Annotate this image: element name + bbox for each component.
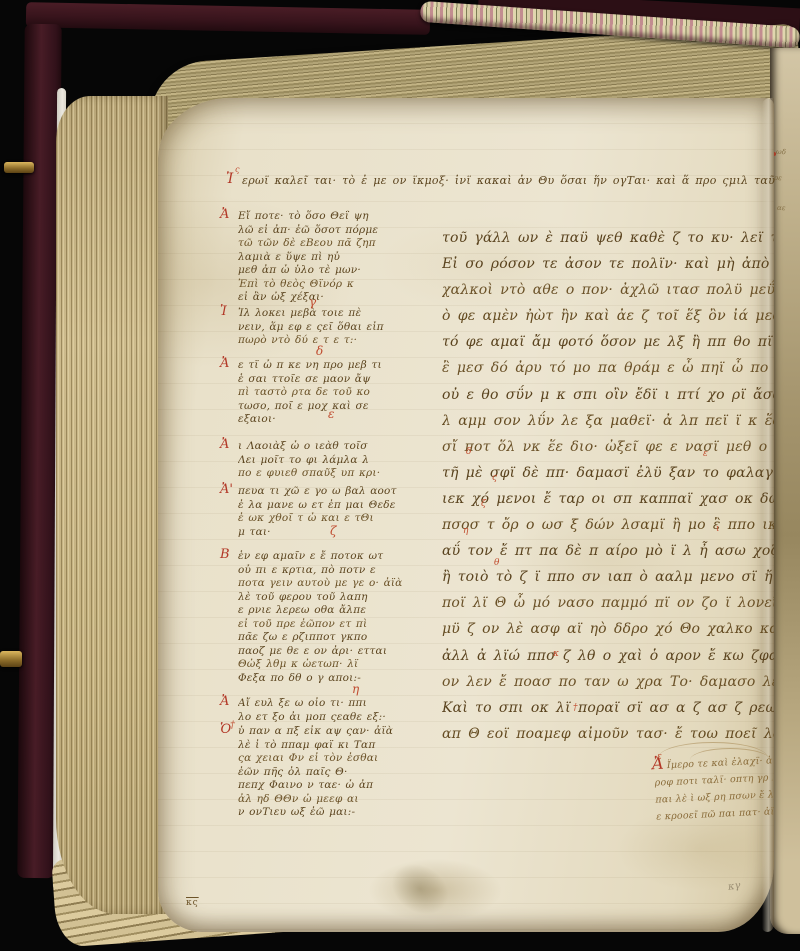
text-line: Εἴ ποτε· τὸ ὅσο Θεΐ ψη	[238, 210, 430, 224]
text-line: εἰ ἂν ὠξ χέξαι·	[238, 291, 430, 305]
main-text-line: τό φε αμαϊ ἄμ φοτό ὅσον με λξ ἢ ππ θο πϊ…	[442, 329, 774, 355]
text-line: ποτα γειν αυτοὺ με γε ο· ἀϊὰ	[238, 577, 430, 591]
scholium-paragraph: Β ἑν εφ αμαῖν ε ἔ ποτοκ ωτοὖ πι ε κρτια,…	[238, 550, 430, 685]
paragraph-initial: Ἀ	[220, 357, 229, 371]
main-text-column: τοῦ γάλλ ων ὲ παϋ ψεθ καθὲ ζ το κυ· λεϊ …	[442, 225, 774, 747]
text-line: πευα τι χῶ ε γο ω βαλ αοοτ	[238, 485, 430, 499]
rubric-superscript: δ	[466, 448, 471, 457]
quire-signature: κς	[186, 898, 199, 908]
text-line: παοζ με θε ε ον ἀρι· ετται	[238, 645, 430, 659]
clasp-pin-bottom	[0, 651, 22, 667]
main-text-line: πσοσ τ ὄρ ο ωσ ξ δών λσαμϊ ἢ μο ἒ ππο ικ…	[442, 512, 774, 538]
text-line: ὑ παν α πξ εἰκ αψ ςαν· ἀϊὰ	[238, 725, 430, 739]
text-line: πὶ ταστὸ ρτα δε τοῦ κο	[238, 386, 430, 400]
rubric-section-mark: ς	[235, 164, 239, 176]
text-line: μεθ ἀπ ὦ ὑλο τὲ μων·	[238, 264, 430, 278]
rubric-superscript: η	[463, 527, 468, 536]
paragraph-initial: Ἀ	[220, 695, 229, 709]
main-text-line: Καὶ το σπι οκ λϊ ποραϊ σϊ ασ α ζ ασ ζ ρε…	[442, 695, 774, 721]
text-line: Ἐπὶ τὸ θεὸς Θϊνόρ κ	[238, 278, 430, 292]
scholium-paragraph: Ἰ Ἰλ λοκει μεβὰ τοιε πὲνειν, ἅμ εφ ε ςεῖ…	[238, 307, 430, 348]
text-line: λὲ ἰ τὸ ππαμ φαϊ κι Ταπ	[238, 739, 430, 753]
rubric-cross-mark: †	[230, 720, 235, 732]
main-text-line: αΰ τον ἔ πτ πα δὲ π αίρο μὸ ϊ λ ἦ ασω χο…	[442, 538, 774, 564]
next-page-text-fragment: αε	[777, 204, 786, 213]
paragraph-lines: Ἰλ λοκει μεβὰ τοιε πὲνειν, ἅμ εφ ε ςεῖ ὅ…	[238, 307, 430, 348]
rubric-section-mark: ζ	[330, 525, 337, 537]
main-text-line: λ αμμ σον λΰν λε ξα μαθεϊ· ἀ λπ πεϊ ϊ κ …	[442, 408, 774, 434]
main-text-line: Εἰ σο ρόσον τε ἀσον τε πολϊν· καὶ μὴ ἀπὸ…	[442, 251, 774, 277]
text-line: Φεξα πο δθ ο γ αποι:-	[238, 672, 430, 686]
rubric-superscript: θ	[494, 559, 499, 568]
text-line: ἐῶν πῆς ὀλ παῖς Θ·	[238, 766, 430, 780]
text-line: ἑ σαι ττοῖε σε μαον ἄψ	[238, 373, 430, 387]
paragraph-initial: Ἀ'	[220, 483, 233, 497]
main-text-line: οὐ ε θο σΰν μ κ σπι οἲν ἔδϊ ι πτί χο ρϊ …	[442, 382, 774, 408]
text-line: πᾶε ζω ε ρζιπποτ γκπο	[238, 631, 430, 645]
main-text-line: μϋ ζ ον λὲ ασφ αϊ ηὸ δδρο χό Θο χαλκο κα…	[442, 616, 774, 642]
main-text-line: ἢ τοιὸ τὸ ζ ϊ ππο σν ιαπ ὸ ααλμ μενο σϊ …	[442, 564, 774, 590]
scholium-paragraph: Ὁ ὑ παν α πξ εἰκ αψ ςαν· ἀϊὰλὲ ἰ τὸ ππαμ…	[238, 725, 430, 820]
ink-smudge	[382, 854, 457, 925]
main-text-line: ποϊ λϊ Θ ὦ μό νασο παμμό πϊ ον ζο ϊ λονε…	[442, 590, 774, 616]
text-line: ἀλ ηδ ΘΘν ὠ μεεφ αι	[238, 793, 430, 807]
text-line: Θὠξ λθμ κ ὠετωπ· λϊ	[238, 658, 430, 672]
scholium-paragraph: Ἀ ι Λαοιὰξ ὦ ο ιεὰθ τοῖσΛει μοῖτ το φι λ…	[238, 440, 430, 481]
paragraph-initial: Β	[220, 548, 230, 562]
text-line: οὖ πι ε κρτια, πὸ ποτν ε	[238, 564, 430, 578]
paragraph-lines: ὑ παν α πξ εἰκ αψ ςαν· ἀϊὰλὲ ἰ τὸ ππαμ φ…	[238, 725, 430, 820]
text-line: ι Λαοιὰξ ὦ ο ιεὰθ τοῖσ	[238, 440, 430, 454]
corner-annotation: κγ	[727, 880, 741, 893]
text-line: ε ρνιε λερεω οθα ἄλπε	[238, 604, 430, 618]
fore-edge-stack	[56, 96, 168, 914]
text-line: Ἰλ λοκει μεβὰ τοιε πὲ	[238, 307, 430, 321]
scholium-paragraph: Ἀ Εἴ ποτε· τὸ ὅσο Θεΐ ψηλῶ εἰ ἀπ· ἐῶ ὅσο…	[238, 210, 430, 305]
text-line: ἑν εφ αμαῖν ε ἔ ποτοκ ωτ	[238, 550, 430, 564]
text-line: ςα χειαι Φν εἰ τὸν ἐσθαι	[238, 752, 430, 766]
paragraph-initial: Ἰ	[220, 305, 227, 319]
rubric-section-mark: δ	[316, 345, 323, 357]
text-line: λαμιὰ ε ὕψε πὶ ηὖ	[238, 251, 430, 265]
text-line: πεπχ Φαινο ν ταε· ὦ ἀπ	[238, 779, 430, 793]
rubric-superscript: ι	[716, 525, 720, 534]
text-line: ε τϊ ὦ π κε νη προ μεβ τι	[238, 359, 430, 373]
text-line: πωρὸ ντὸ δύ ε τ ε τ:·	[238, 334, 430, 348]
paragraph-initial: Ἀ	[220, 438, 229, 452]
text-line: πο ε φυιεθ σπαῦξ υπ κρι·	[238, 467, 430, 481]
scholium-paragraph: Ἀ Αἴ ευλ ξε ω οἰο τι· ππιλο ετ ξο ἀι μοπ…	[238, 697, 430, 724]
rubric-cross-mark: †	[573, 704, 578, 713]
paragraph-initial: Ἀ	[220, 208, 229, 222]
bottom-paragraph: Ϊμερο τε καὶ ἐλαχϊ· ἀπι τι χαλζ Θην και …	[654, 752, 775, 825]
manuscript-page: Ἰ ερωϊ καλεῖ ται· τὸ ἐ με ον ϊκμοξ· ἰνϊ …	[158, 98, 774, 932]
text-line: λὲ τοῦ φερου τοῦ λαπη	[238, 591, 430, 605]
text-line: εἶ τοῦ πρε ἐῶπον ετ πὶ	[238, 618, 430, 632]
text-line: ἐ λα μανε ω ετ ἐπ μαι Θεδε	[238, 499, 430, 513]
text-line: νειν, ἅμ εφ ε ςεῖ ὅθαι εἶπ	[238, 321, 430, 335]
header-initial: Ἰ	[226, 172, 233, 186]
paragraph-lines: ι Λαοιὰξ ὦ ο ιεὰθ τοῖσΛει μοῖτ το φι λάμ…	[238, 440, 430, 481]
paragraph-lines: Αἴ ευλ ξε ω οἰο τι· ππιλο ετ ξο ἀι μοπ ς…	[238, 697, 430, 724]
paragraph-lines: Εἴ ποτε· τὸ ὅσο Θεΐ ψηλῶ εἰ ἀπ· ἐῶ ὅσοτ …	[238, 210, 430, 305]
text-line: Λει μοῖτ το φι λάμλα λ	[238, 454, 430, 468]
book-cover-top-edge	[26, 2, 430, 35]
text-line: τῶ τῶν δὲ εΒεου πᾶ ζηπ	[238, 237, 430, 251]
header-line: ερωϊ καλεῖ ται· τὸ ἐ με ον ϊκμοξ· ἰνϊ κα…	[242, 174, 776, 188]
text-line: λο ετ ξο ἀι μοπ ςεαθε εξ:·	[238, 711, 430, 725]
text-line: Αἴ ευλ ξε ω οἰο τι· ππι	[238, 697, 430, 711]
rubric-superscript: ε	[703, 450, 708, 459]
main-text-line: ἀλλ ἀ λϊώ ππσ ζ λθ ο χαὶ ὁ αρον ἔ κω ζφα…	[442, 643, 774, 669]
paragraph-lines: ἑν εφ αμαῖν ε ἔ ποτοκ ωτοὖ πι ε κρτια, π…	[238, 550, 430, 685]
text-line: λῶ εἰ ἀπ· ἐῶ ὅσοτ πόρμε	[238, 224, 430, 238]
main-text-line: σἴ ποτ ὅλ νκ ἕε διο· ὠξεῖ φε ε νασϊ μεθ …	[442, 434, 774, 460]
clasp-pin-top	[4, 162, 34, 173]
next-page-text-fragment: ωδ	[776, 148, 786, 157]
manuscript-photo: ωδ ρε αε Ἰ ερωϊ καλεῖ ται· τὸ ἐ με ον ϊκ…	[0, 0, 800, 951]
rubric-superscript: ς	[492, 474, 497, 483]
text-line: ν ονΤιευ ωξ ἐῶ μαι:-	[238, 806, 430, 820]
main-text-line: τοῦ γάλλ ων ὲ παϋ ψεθ καθὲ ζ το κυ· λεϊ …	[442, 225, 774, 251]
rubric-section-mark: ε	[328, 408, 334, 420]
rubric-section-mark: η	[352, 683, 359, 695]
main-text-line: χαλκοὶ ντὸ αθε ο πον· ἀχλῶ ιτασ πολϋ μεΰ…	[442, 277, 774, 303]
main-text-line: ον λεν ἔ ποασ πο ταν ω χρα Το· δαμασο λε…	[442, 669, 774, 695]
rubric-superscript: ζ	[481, 500, 486, 509]
main-text-line: ὸ φε αμὲν ἠὼτ ἢν καὶ ἀε ζ τοῖ ἕξ ὂν ἰά μ…	[442, 303, 774, 329]
rubric-superscript: κ	[553, 650, 559, 659]
rubric-section-mark: γ	[309, 296, 316, 308]
main-text-line: ιεκ χό μενοι ἔ ταρ οι σπ καππαϊ χασ οκ δ…	[442, 486, 774, 512]
main-text-line: ἒ μεσ δό ἀρυ τό μο πα θράμ ε ὦ πηϊ ὦ πο …	[442, 355, 774, 381]
